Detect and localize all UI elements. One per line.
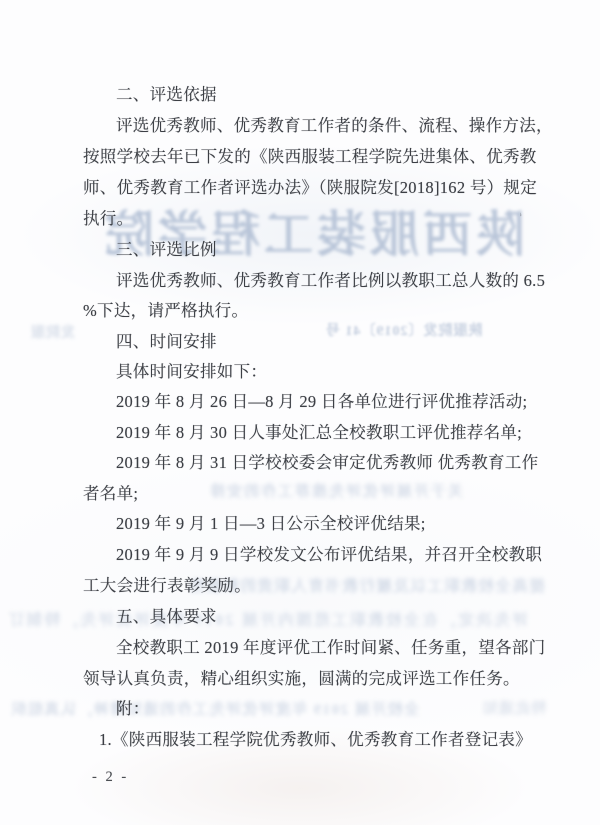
stray-scan-mark: 、	[516, 204, 535, 223]
bleed-through-doc-number: 陕服院发〔2019〕41 号	[325, 320, 483, 340]
document-line: 领导认真负责，精心组织实施，圆满的完成评选工作任务。	[83, 665, 520, 689]
attachment-item: 1.《陕西服装工程学院优秀教师、优秀教育工作者登记表》	[99, 726, 532, 750]
document-line: 者名单;	[83, 480, 138, 504]
document-line: 2019 年 8 月 30 日人事处汇总全校教职工评优推荐名单;	[116, 419, 522, 443]
bleed-through-fragment: 关于开展评优评先推荐工作的安排	[208, 480, 463, 501]
attachment-label: 附：	[116, 695, 150, 719]
section-heading: 三、评选比例	[116, 236, 217, 260]
document-line: 工大会进行表彰奖励。	[83, 572, 251, 596]
section-heading: 二、评选依据	[116, 81, 217, 105]
document-line: 2019 年 9 月 1 日—3 日公示全校评优结果;	[116, 510, 426, 534]
document-line: 2019 年 8 月 31 日学校校委会审定优秀教师 优秀教育工作	[116, 449, 538, 473]
bleed-through-fragment: 全校开展 2019 年度评优评先工作的通知精神，认真组织	[10, 698, 420, 719]
bleed-through-fragment: 评先决定，在全校教职工范围内开展 2019 年度评优评先，特制订	[6, 608, 528, 630]
document-line: 师、优秀教育工作者评选办法》（陕服院发[2018]162 号）规定	[83, 174, 537, 198]
section-heading: 四、时间安排	[116, 328, 217, 352]
document-line: 按照学校去年已下发的《陕西服装工程学院先进集体、优秀教	[83, 143, 537, 167]
bleed-through-fragment: 发院服	[30, 322, 75, 342]
bleed-through-fragment: 特此通知	[482, 697, 546, 718]
document-line: 2019 年 8 月 26 日—8 月 29 日各单位进行评优推荐活动;	[116, 388, 527, 412]
section-heading: 五、具体要求	[116, 603, 217, 627]
document-line: 全校教职工 2019 年度评优工作时间紧、任务重，望各部门	[116, 634, 545, 658]
document-line: 执行。	[83, 205, 133, 229]
document-line: 评选优秀教师、优秀教育工作者比例以教职工总人数的 6.5	[116, 267, 545, 291]
document-line: 具体时间安排如下：	[116, 358, 267, 382]
document-line: 评选优秀教师、优秀教育工作者的条件、流程、操作方法，	[116, 112, 553, 136]
document-line: %下达，请严格执行。	[83, 297, 248, 321]
document-line: 2019 年 9 月 9 日学校发文公布评优结果，并召开全校教职	[116, 541, 542, 565]
page-number: - 2 -	[92, 769, 129, 786]
scanned-document-page: 陕西服装工程学院 陕服院发〔2019〕41 号 发院服 关于开展评优评先推荐工作…	[0, 0, 600, 825]
